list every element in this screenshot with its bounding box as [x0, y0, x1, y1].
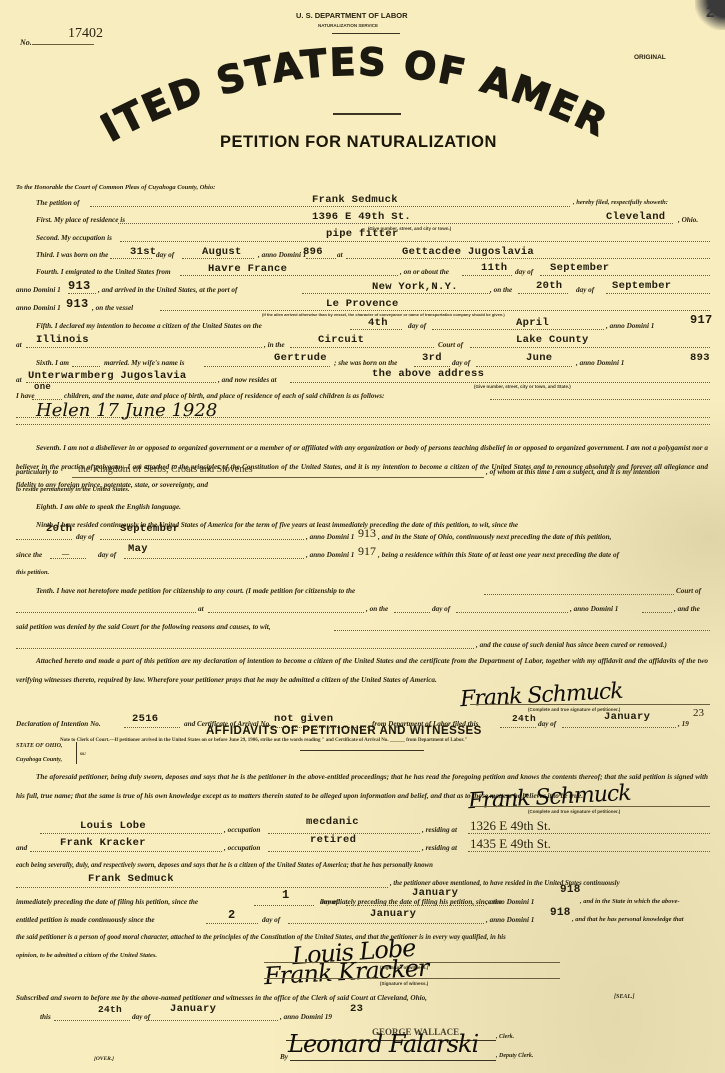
- label: , anno Domini 1: [486, 898, 534, 906]
- label: , the petitioner above mentioned, to hav…: [390, 880, 620, 887]
- wife-birth-place-field[interactable]: Unterwarmberg Jugoslavia: [28, 370, 186, 382]
- state-since-day-field[interactable]: 2: [228, 908, 236, 922]
- label: this: [40, 1013, 51, 1021]
- label: day of: [262, 916, 280, 924]
- document-page: No. 17402 U. S. DEPARTMENT OF LABOR NATU…: [0, 0, 725, 1073]
- label: , anno Domini 1: [486, 916, 534, 924]
- label: day of: [452, 359, 470, 367]
- label: First. My place of residence is: [36, 216, 125, 224]
- label: , being a residence within this State of…: [378, 551, 619, 559]
- label: , 19: [678, 720, 689, 728]
- label: ; she was born on the: [334, 359, 397, 367]
- label: , residing at: [422, 844, 457, 852]
- corner-shadow: [695, 0, 725, 30]
- label: , on the vessel: [92, 304, 133, 312]
- declaration-no-field[interactable]: 2516: [132, 713, 158, 725]
- declared-year-field[interactable]: 917: [690, 313, 713, 327]
- filed-month-field[interactable]: January: [604, 711, 650, 723]
- label: day of: [320, 898, 338, 906]
- emigrated-day-field[interactable]: 11th: [481, 262, 507, 274]
- label: day of: [538, 720, 556, 728]
- known-name-field[interactable]: Frank Sedmuck: [88, 873, 174, 885]
- label: and: [16, 844, 27, 852]
- label: day of: [576, 286, 594, 294]
- label: Third. I was born on the: [36, 251, 108, 259]
- birth-month-field[interactable]: August: [202, 246, 242, 258]
- hint: (Signature of witness.): [380, 981, 428, 986]
- number-prefix: No.: [20, 38, 32, 47]
- label: at: [16, 341, 22, 349]
- filed-year-field[interactable]: 23: [693, 707, 704, 719]
- label: ss:: [80, 751, 86, 757]
- opinion-text: opinion, to be admitted a citizen of the…: [16, 952, 157, 959]
- emigrated-month-field[interactable]: September: [550, 262, 609, 274]
- label: , and in the State in which the above-: [580, 898, 680, 905]
- birth-year-field[interactable]: 896: [303, 246, 323, 258]
- label: to reside permanently in the United Stat…: [16, 486, 130, 493]
- vessel-field[interactable]: Le Provence: [326, 298, 399, 310]
- witness-1-residence-field[interactable]: 1326 E 49th St.: [470, 818, 551, 834]
- over-label: [OVER.]: [94, 1056, 114, 1062]
- witness-2-name-field[interactable]: Frank Kracker: [60, 837, 146, 849]
- label: at: [16, 376, 22, 384]
- service-label: NATURALIZATION SERVICE: [318, 23, 378, 28]
- sworn-year-field[interactable]: 23: [350, 1003, 363, 1015]
- label: Second. My occupation is: [36, 234, 112, 242]
- label: day of: [515, 268, 533, 276]
- seal-label: [SEAL.]: [614, 994, 635, 1000]
- ninth-day-field[interactable]: 20th: [46, 523, 72, 535]
- label: , on the: [366, 605, 388, 613]
- label: , and the cause of such denial has since…: [476, 641, 667, 649]
- declared-day-field[interactable]: 4th: [368, 317, 388, 329]
- label: day of: [432, 605, 450, 613]
- ohio-day-field[interactable]: —: [62, 550, 69, 558]
- label: , on or about the: [400, 268, 449, 276]
- wife-birth-day-field[interactable]: 3rd: [422, 352, 442, 364]
- label: day of: [156, 251, 174, 259]
- petitioner-name-field[interactable]: Frank Sedmuck: [312, 194, 398, 206]
- label: , of whom at this time I am a subject, a…: [486, 468, 660, 476]
- emigrated-year-field[interactable]: 913: [68, 279, 91, 293]
- label: , anno Domini 19: [280, 1013, 332, 1021]
- declared-month-field[interactable]: April: [516, 317, 549, 329]
- hint: (Give number, street, city or town, and …: [474, 384, 571, 389]
- label: , occupation: [224, 844, 260, 852]
- arrival-year-field[interactable]: 913: [66, 297, 89, 311]
- wife-residence-field[interactable]: the above address: [372, 368, 484, 380]
- children-count-field[interactable]: one: [34, 382, 51, 392]
- witness-2-residence-field[interactable]: 1435 E 49th St.: [470, 836, 551, 852]
- affidavits-heading: AFFIDAVITS OF PETITIONER AND WITNESSES: [206, 725, 482, 737]
- label: children, and the name, date and place o…: [64, 392, 384, 400]
- label: By: [280, 1053, 288, 1061]
- label: , and now resides at: [218, 376, 277, 384]
- label: this petition.: [16, 569, 49, 576]
- label: , anno Domini 1: [306, 551, 354, 559]
- sworn-month-field[interactable]: January: [170, 1003, 216, 1015]
- child-entry-handwritten[interactable]: Helen 17 June 1928: [36, 400, 217, 421]
- filed-day-field[interactable]: 24th: [512, 713, 536, 724]
- label: , residing at: [422, 826, 457, 834]
- court-type-field[interactable]: Circuit: [318, 334, 364, 346]
- hint: (Complete and true signature of petition…: [528, 809, 620, 814]
- sworn-day-field[interactable]: 24th: [98, 1004, 122, 1015]
- label: The petition of: [36, 199, 80, 207]
- state-since-month-field[interactable]: January: [370, 908, 416, 920]
- label: , hereby filed, respectfully showeth:: [573, 199, 668, 206]
- subtitle: PETITION FOR NATURALIZATION: [220, 133, 497, 152]
- label: day of: [98, 551, 116, 559]
- label: Court of: [438, 341, 463, 349]
- arrival-day-field[interactable]: 20th: [536, 280, 562, 292]
- label: , anno Domini 1: [306, 533, 354, 541]
- label: , and that he has personal knowledge tha…: [572, 916, 684, 923]
- label: immediately preceding the date of filing…: [16, 898, 198, 906]
- address-line: To the Honorable the Court of Common Ple…: [16, 184, 215, 191]
- label: , and in the State of Ohio, continuously…: [378, 533, 611, 541]
- residence-field[interactable]: 1396 E 49th St.: [312, 211, 411, 223]
- label: , anno Domini 1: [258, 251, 306, 259]
- tenth-clause: Tenth. I have not heretofore made petiti…: [36, 587, 355, 595]
- label: , anno Domini 1: [570, 605, 618, 613]
- certificate-no-field[interactable]: not given: [274, 713, 333, 725]
- label: anno Domini 1: [16, 286, 61, 294]
- state-since-year-field[interactable]: 918: [550, 907, 571, 919]
- label: , Ohio.: [678, 216, 698, 224]
- clerk-note: Note to Clerk of Court.—If petitioner ar…: [60, 738, 467, 743]
- birth-day-field[interactable]: 31st: [130, 246, 156, 258]
- department-label: U. S. DEPARTMENT OF LABOR: [296, 11, 408, 20]
- deputy-clerk-signature[interactable]: Leonard Falarski: [288, 1030, 478, 1058]
- birth-place-field[interactable]: Gettacdee Jugoslavia: [402, 246, 534, 258]
- label: , in the: [264, 341, 285, 349]
- witness-1-occupation-field[interactable]: mecdanic: [306, 816, 359, 828]
- label: Fifth. I declared my intention to become…: [36, 322, 262, 330]
- occupation-field[interactable]: pipe fitter: [326, 228, 399, 240]
- label: , on the: [490, 286, 512, 294]
- arrival-port-field[interactable]: New York,N.Y.: [372, 281, 458, 293]
- label: anno Domini 1: [16, 304, 61, 312]
- label: entitled petition is made continuously s…: [16, 916, 155, 924]
- us-since-year-field[interactable]: 918: [560, 884, 581, 896]
- label: Cuyahoga County,: [16, 757, 62, 763]
- witness-1-name-field[interactable]: Louis Lobe: [80, 820, 146, 832]
- label: at: [337, 251, 343, 259]
- label: , occupation: [224, 826, 260, 834]
- brace: [72, 742, 77, 764]
- label: Sixth. I am: [36, 359, 69, 367]
- wife-birth-month-field[interactable]: June: [526, 352, 552, 364]
- ninth-clause: Ninth. I have resided continuously in th…: [36, 521, 518, 529]
- label: , and arrived in the United States, at t…: [98, 286, 237, 294]
- sovereign-field[interactable]: the Kingdom of Serbs, Croats and Slovene…: [78, 464, 253, 475]
- witness-2-occupation-field[interactable]: retired: [310, 834, 356, 846]
- label: married. My wife's name is: [104, 359, 184, 367]
- label: said petition was denied by the said Cou…: [16, 623, 271, 631]
- ohio-year-field[interactable]: 917: [358, 544, 376, 559]
- wife-birth-year-field[interactable]: 893: [690, 352, 710, 364]
- arrival-month-field[interactable]: September: [612, 280, 671, 292]
- court-county-field[interactable]: Lake County: [516, 334, 589, 346]
- us-since-day-field[interactable]: 1: [282, 888, 290, 902]
- label: particularly to: [16, 468, 58, 476]
- label: day of: [76, 533, 94, 541]
- sworn-text: each being severally, duly, and respecti…: [16, 862, 433, 869]
- label: since the: [16, 551, 42, 559]
- label: day of: [408, 322, 426, 330]
- label: , anno Domini 1: [606, 322, 654, 330]
- label: at: [198, 605, 204, 613]
- label: , Clerk.: [496, 1034, 514, 1040]
- label: , anno Domini 1: [576, 359, 624, 367]
- label: STATE OF OHIO,: [16, 743, 62, 749]
- wife-name-field[interactable]: Gertrude: [274, 352, 327, 364]
- character-text: the said petitioner is a person of good …: [16, 934, 506, 941]
- ninth-month-field[interactable]: September: [120, 523, 179, 535]
- ohio-month-field[interactable]: May: [128, 543, 148, 555]
- label: Declaration of Intention No.: [16, 720, 101, 728]
- label: Fourth. I emigrated to the United States…: [36, 268, 171, 276]
- city-field[interactable]: Cleveland: [606, 211, 665, 223]
- label: , Deputy Clerk.: [496, 1053, 533, 1059]
- declared-at-field[interactable]: Illinois: [36, 334, 89, 346]
- petition-number: 17402: [68, 26, 103, 42]
- label: , and the: [674, 605, 700, 613]
- us-since-month-field[interactable]: January: [412, 887, 458, 899]
- label: Court of: [676, 587, 701, 595]
- subscribed-text: Subscribed and sworn to before me by the…: [16, 994, 427, 1002]
- eighth-clause: Eighth. I am able to speak the English l…: [36, 503, 181, 511]
- original-stamp: ORIGINAL: [634, 54, 666, 61]
- ninth-year-field[interactable]: 913: [358, 526, 376, 541]
- emigrated-from-field[interactable]: Havre France: [208, 263, 287, 275]
